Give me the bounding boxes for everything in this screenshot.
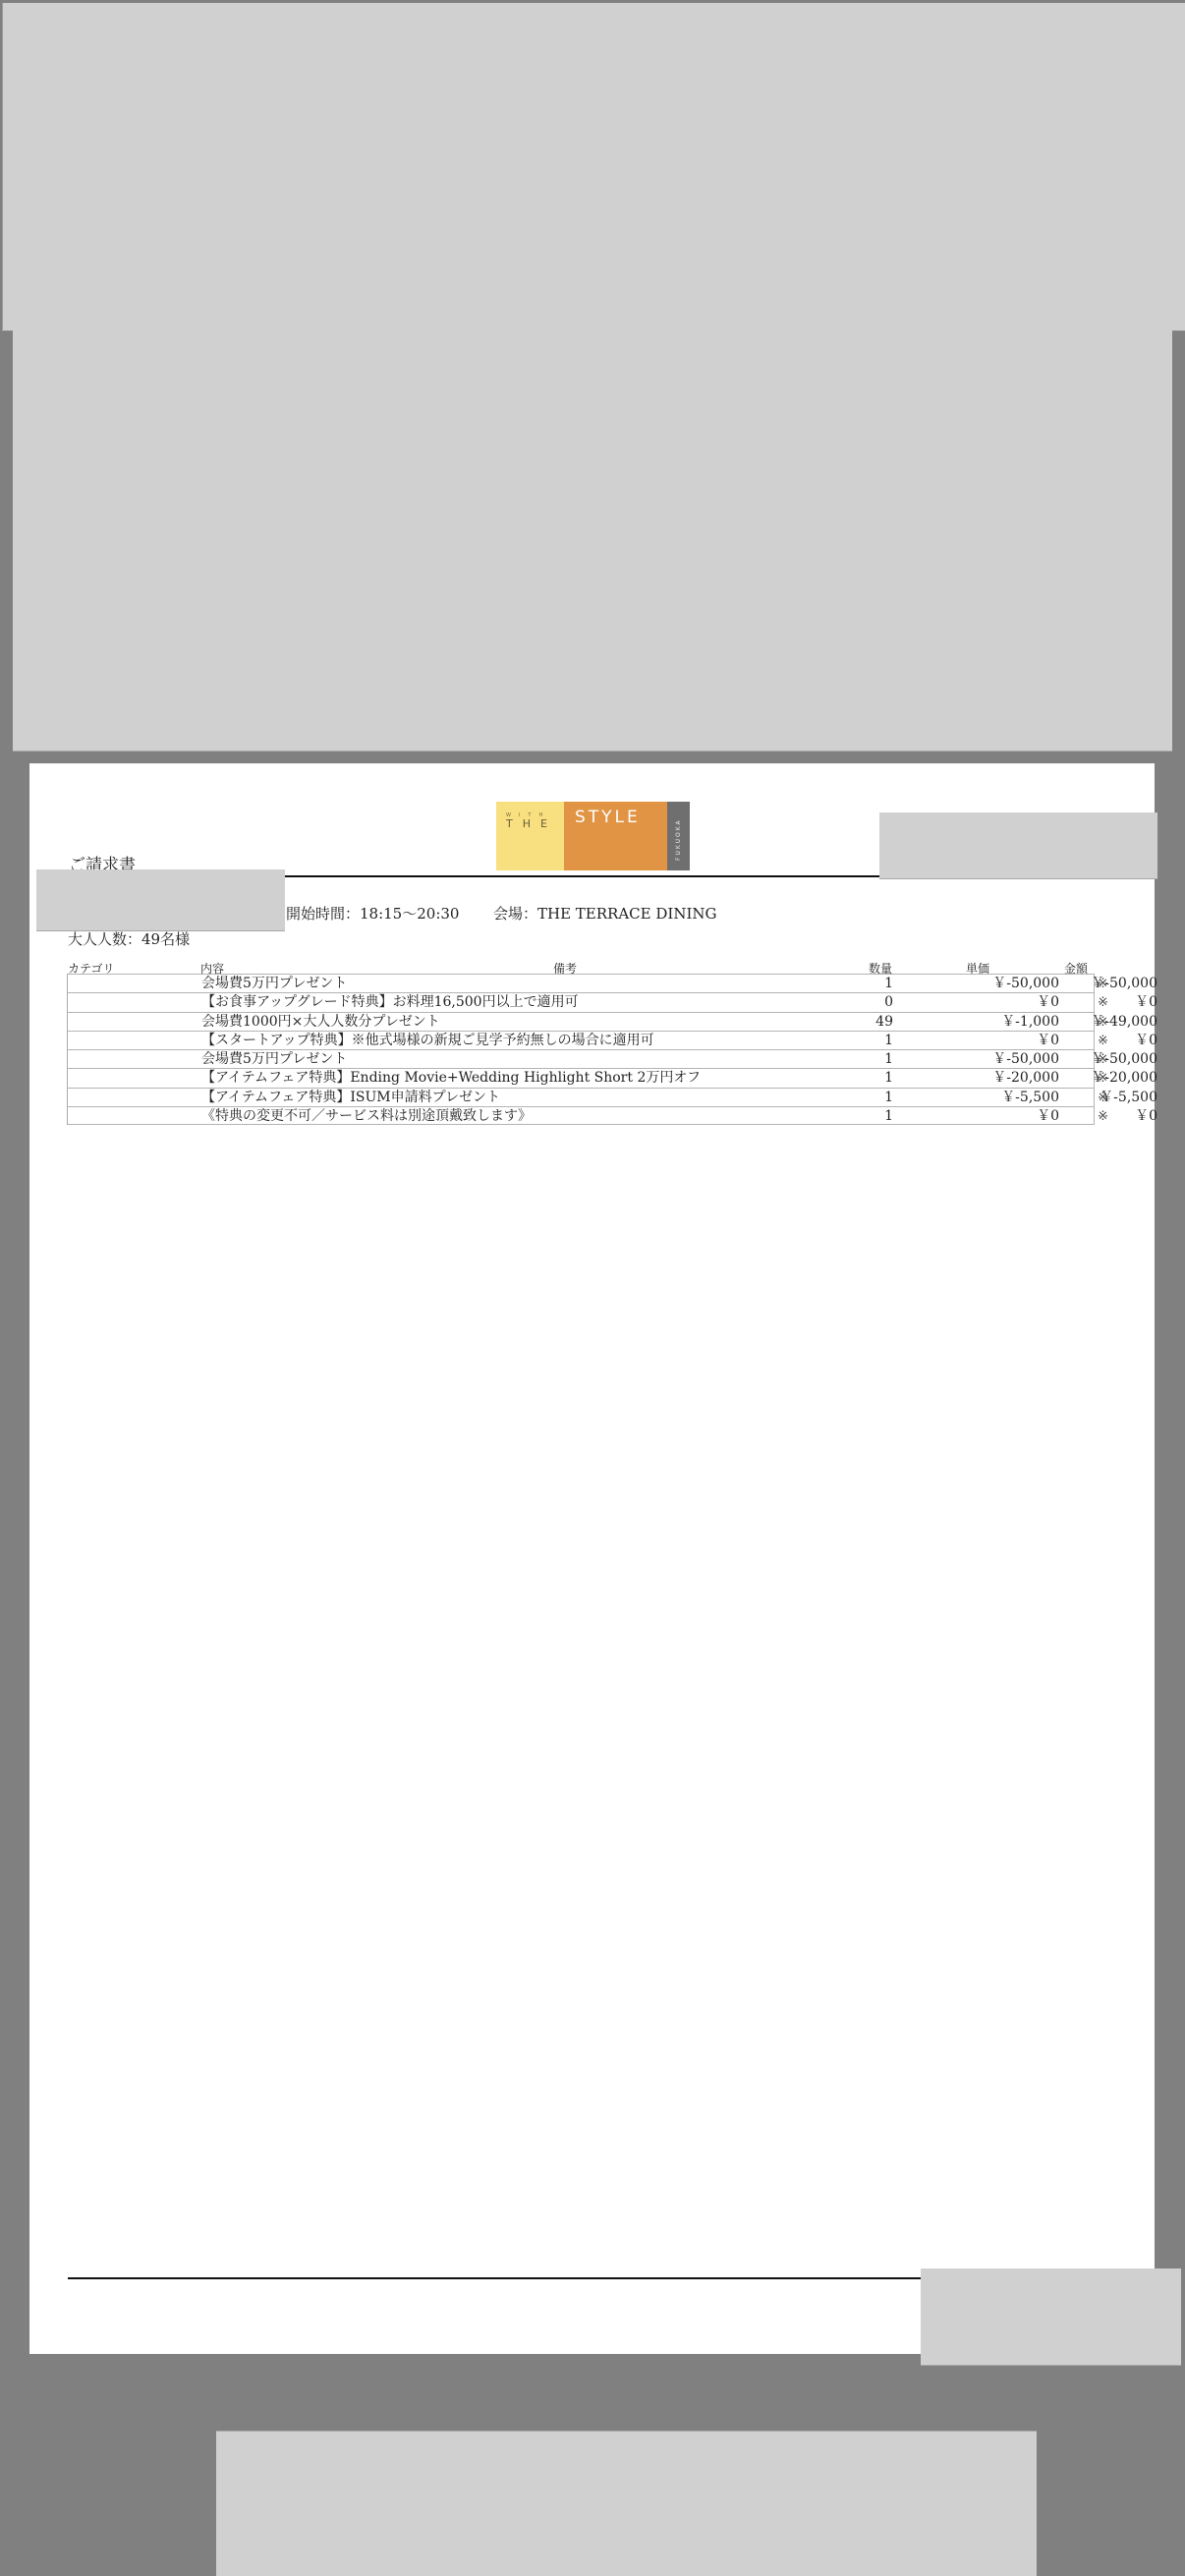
cell-content: 会場費5万円プレゼント: [201, 975, 347, 993]
cell-note-mark: ※: [1095, 1013, 1108, 1032]
cell-quantity: 0: [844, 993, 893, 1012]
redacted-customer-name: [36, 869, 285, 930]
redacted-footer-info: [921, 2268, 1181, 2365]
redacted-header-info: [879, 812, 1157, 878]
cell-quantity: 1: [844, 1107, 893, 1126]
cell-quantity: 1: [844, 975, 893, 993]
cell-content: 会場費5万円プレゼント: [201, 1050, 347, 1069]
cell-content: 【アイテムフェア特典】Ending Movie+Wedding Highligh…: [201, 1069, 701, 1088]
cell-note-mark: ※: [1095, 993, 1108, 1012]
cell-amount: ￥-5,500: [1011, 1089, 1157, 1107]
header-divider: [285, 875, 879, 877]
redacted-region-bottom: [216, 2432, 1037, 2576]
cell-content: 【スタートアップ特典】※他式場様の新規ご見学予約無しの場合に適用可: [201, 1032, 654, 1050]
cell-content: 【お食事アップグレード特典】お料理16,500円以上で適用可: [201, 993, 579, 1012]
cell-quantity: 49: [844, 1013, 893, 1032]
cell-amount: ￥-50,000: [1011, 1050, 1157, 1069]
cell-note-mark: ※: [1095, 1107, 1108, 1126]
logo-location-text: FUKUOKA: [675, 818, 682, 861]
cell-content: 《特典の変更不可／サービス料は別途頂戴致します》: [201, 1107, 532, 1126]
logo-yellow-block: WITH THE: [496, 802, 564, 870]
cell-note-mark: ※: [1095, 1032, 1108, 1050]
cell-note-mark: ※: [1095, 975, 1108, 993]
adult-count: 大人人数：49名様: [68, 928, 190, 949]
logo-style-text: STYLE: [575, 808, 641, 827]
event-venue: 会場：THE TERRACE DINING: [493, 903, 716, 924]
line-items-table: 会場費5万円プレゼント1￥-50,000￥-50,000※【お食事アップグレード…: [67, 974, 1095, 1125]
cell-quantity: 1: [844, 1089, 893, 1107]
cell-amount: ￥0: [1011, 1032, 1157, 1050]
cell-amount: ￥-20,000: [1011, 1069, 1157, 1088]
cell-content: 会場費1000円×大人人数分プレゼント: [201, 1013, 440, 1032]
table-row: 【お食事アップグレード特典】お料理16,500円以上で適用可0￥0￥0※: [68, 992, 1095, 1011]
table-row: 《特典の変更不可／サービス料は別途頂戴致します》1￥0￥0※: [68, 1106, 1095, 1125]
table-row: 会場費5万円プレゼント1￥-50,000￥-50,000※: [68, 1049, 1095, 1068]
cell-note-mark: ※: [1095, 1089, 1108, 1107]
cell-note-mark: ※: [1095, 1050, 1108, 1069]
table-row: 【アイテムフェア特典】ISUM申請料プレゼント1￥-5,500￥-5,500※: [68, 1088, 1095, 1106]
the-style-fukuoka-logo: WITH THE STYLE FUKUOKA: [496, 802, 690, 870]
cell-amount: ￥-49,000: [1011, 1013, 1157, 1032]
footer-divider: [68, 2277, 923, 2279]
table-row: 会場費1000円×大人人数分プレゼント49￥-1,000￥-49,000※: [68, 1012, 1095, 1031]
cell-content: 【アイテムフェア特典】ISUM申請料プレゼント: [201, 1089, 500, 1107]
cell-amount: ￥0: [1011, 993, 1157, 1012]
cell-quantity: 1: [844, 1069, 893, 1088]
cell-amount: ￥-50,000: [1011, 975, 1157, 993]
cell-note-mark: ※: [1095, 1069, 1108, 1088]
table-row: 会場費5万円プレゼント1￥-50,000￥-50,000※: [68, 974, 1095, 992]
event-time: 開始時間：18:15～20:30: [286, 903, 459, 924]
cell-quantity: 1: [844, 1032, 893, 1050]
redacted-region-top: [2, 3, 1185, 330]
table-row: 【アイテムフェア特典】Ending Movie+Wedding Highligh…: [68, 1068, 1095, 1087]
redacted-previous-page: [13, 330, 1172, 751]
cell-quantity: 1: [844, 1050, 893, 1069]
logo-gray-block: FUKUOKA: [667, 802, 690, 870]
cell-amount: ￥0: [1011, 1107, 1157, 1126]
table-row: 【スタートアップ特典】※他式場様の新規ご見学予約無しの場合に適用可1￥0￥0※: [68, 1031, 1095, 1049]
logo-orange-block: STYLE: [564, 802, 667, 870]
logo-the-text: THE: [506, 817, 557, 830]
